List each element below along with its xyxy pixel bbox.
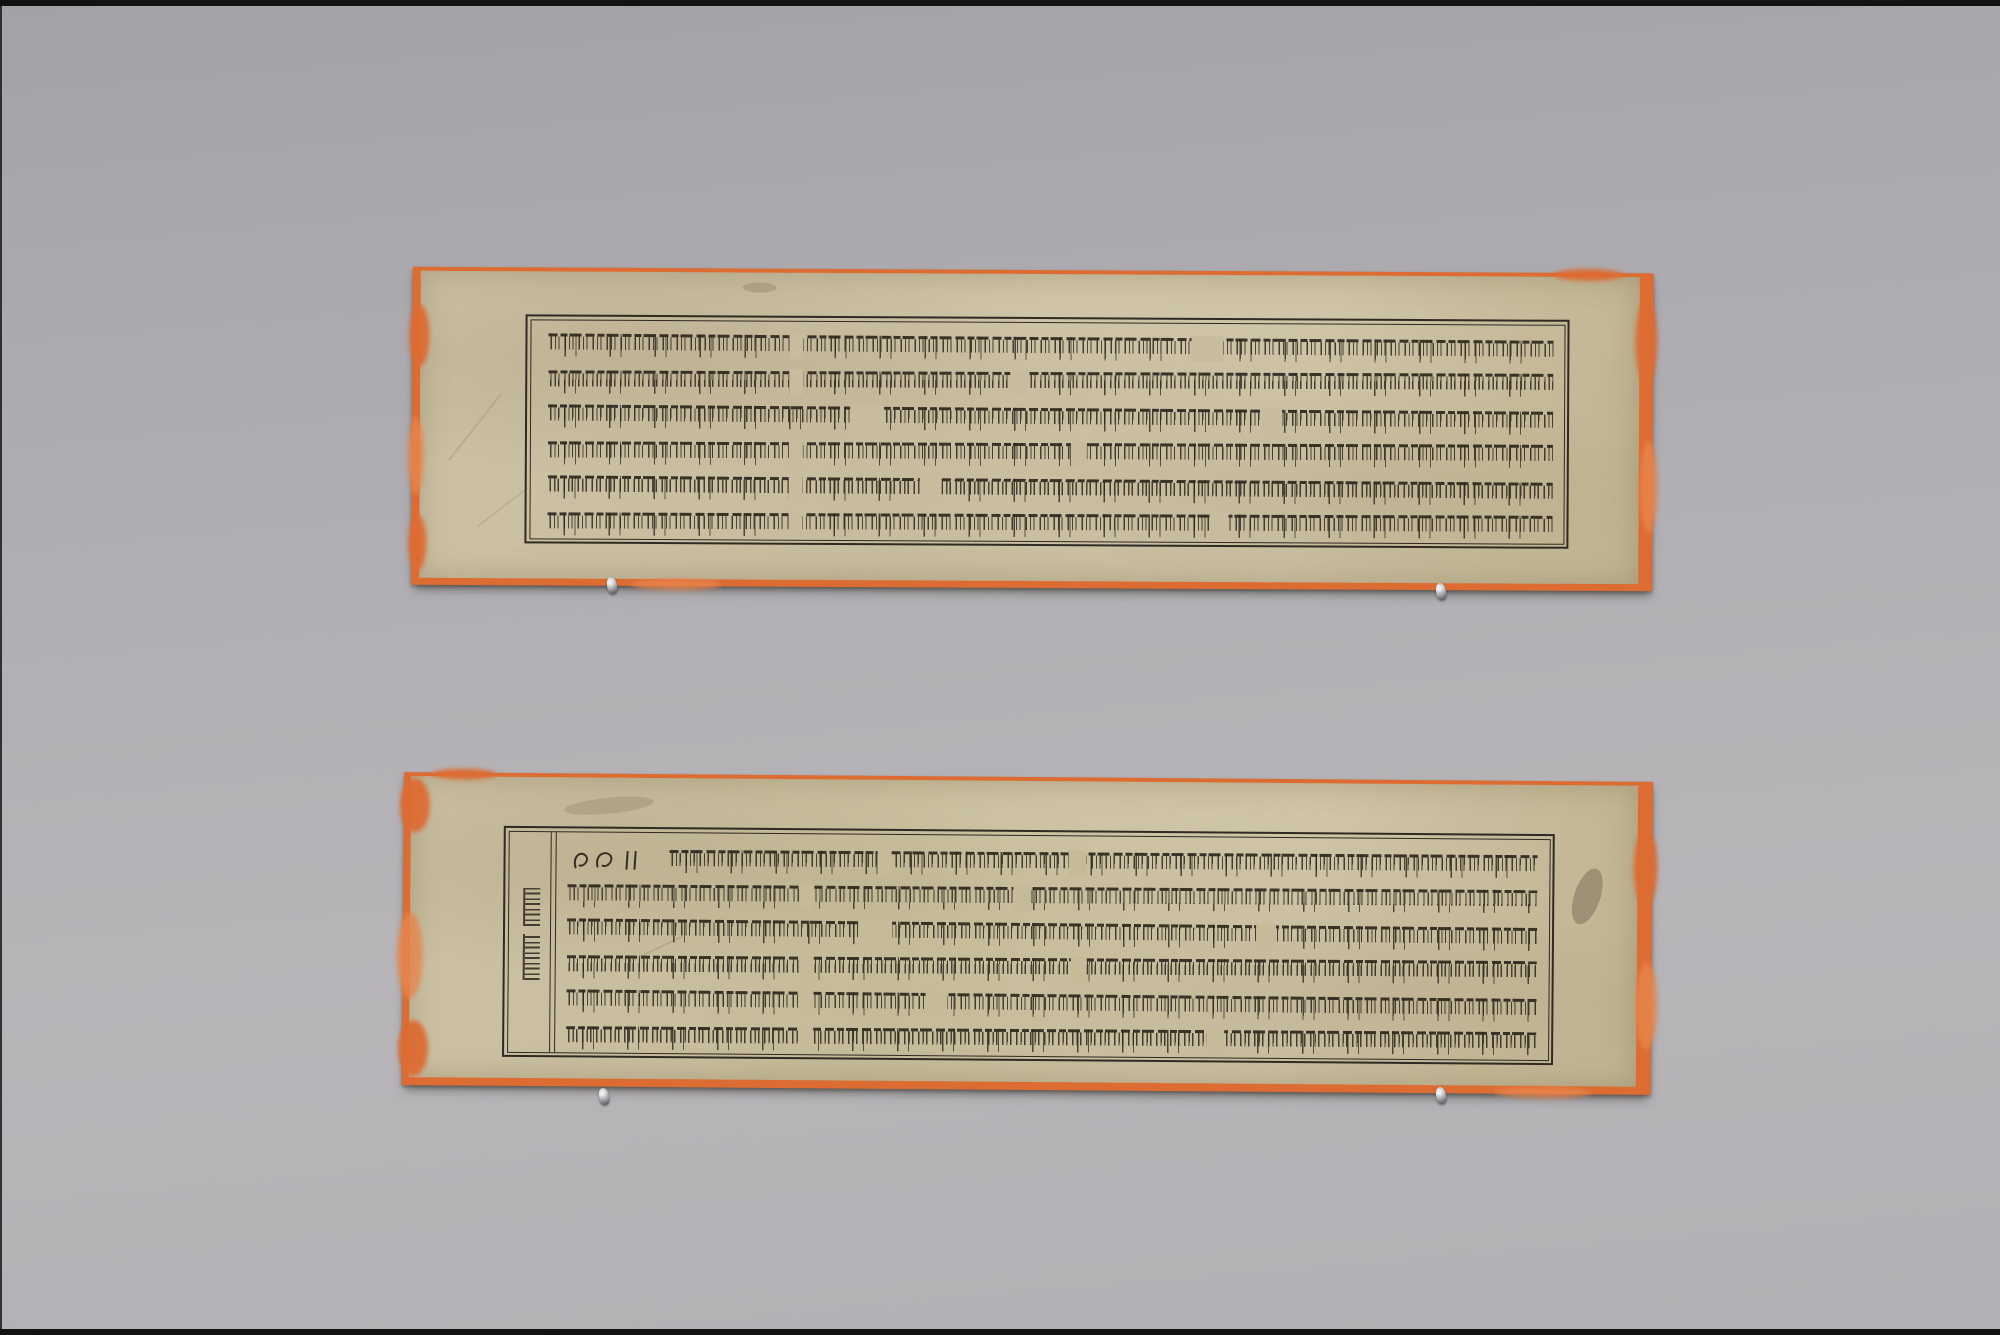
film-edge-bottom xyxy=(0,1329,2000,1335)
tibetan-text-line xyxy=(547,511,1552,539)
vertical-folio-marker xyxy=(522,934,539,980)
painted-edge xyxy=(1635,299,1657,383)
painted-edge xyxy=(631,579,721,590)
tibetan-text-line xyxy=(566,988,1536,1022)
tibetan-text-line xyxy=(566,917,1536,951)
folio-margin-column xyxy=(508,831,557,1051)
mounting-pin xyxy=(598,1087,611,1105)
tibetan-text-line xyxy=(547,440,1552,468)
stain xyxy=(743,282,777,292)
tibetan-text-line xyxy=(669,848,1537,877)
painted-edge xyxy=(1633,830,1658,906)
text-frame xyxy=(524,314,1569,548)
text-block xyxy=(547,333,1553,537)
tibetan-text-line xyxy=(566,1025,1536,1055)
tibetan-text-line xyxy=(567,883,1537,913)
text-frame-inner-rule xyxy=(529,319,1565,544)
painted-edge xyxy=(1635,962,1658,1050)
painted-edge xyxy=(1495,1087,1591,1099)
tibetan-text-line xyxy=(547,403,1552,434)
manuscript-leaf-bottom xyxy=(402,772,1653,1095)
vertical-folio-marker xyxy=(523,888,540,926)
text-frame xyxy=(502,826,1555,1065)
painted-edge xyxy=(1639,441,1657,533)
yig-mgo-head-mark-icon xyxy=(567,847,655,872)
manuscript-leaf-top xyxy=(411,267,1654,591)
tibetan-text-line xyxy=(547,474,1552,505)
painted-edge xyxy=(1554,269,1624,281)
photograph-background xyxy=(0,0,2000,1335)
text-frame-inner-rule xyxy=(507,830,1551,1060)
film-edge-left xyxy=(0,0,2,1335)
tibetan-text-line xyxy=(548,369,1553,397)
text-block xyxy=(566,847,1538,1054)
film-edge-top xyxy=(0,0,2000,6)
tibetan-text-line xyxy=(548,332,1553,363)
tibetan-text-line xyxy=(566,954,1536,984)
